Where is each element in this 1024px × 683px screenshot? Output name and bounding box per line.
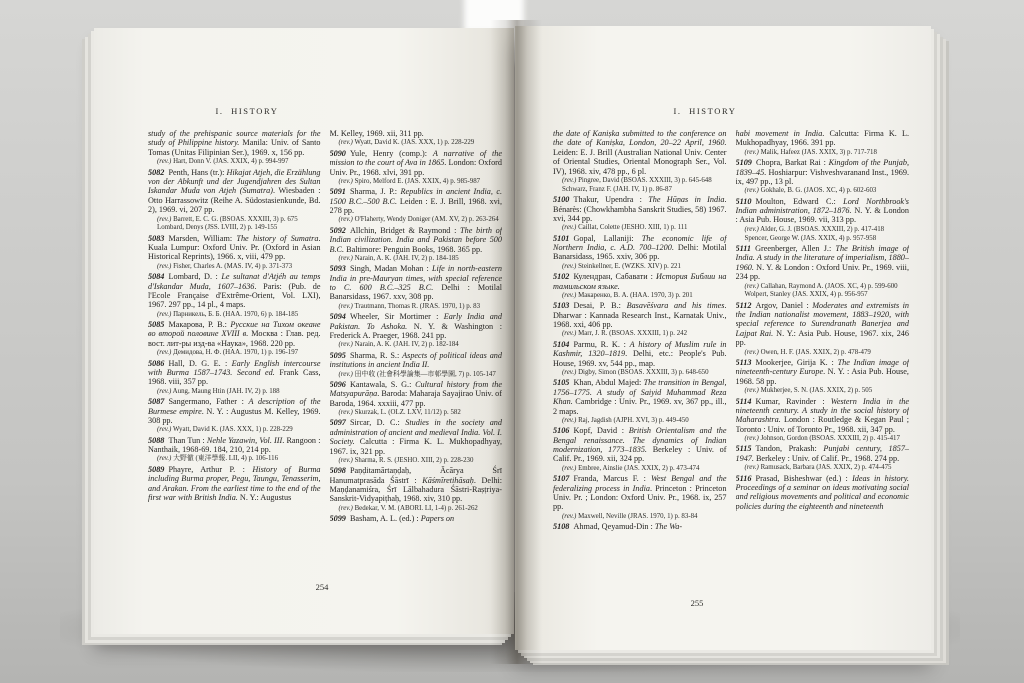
bib-entry-number: 5109: [736, 158, 752, 167]
book-gutter-shadow: [490, 20, 542, 664]
bib-review: (rev.) Gokhale, B. G. (JAOS. XC, 4) p. 6…: [736, 187, 910, 195]
bib-entry-number: 5105: [553, 378, 569, 387]
bib-entry: 5111 Greenberger, Allen J.: The British …: [736, 244, 910, 282]
book-page-left: I. HISTORY study of the prehispanic sour…: [94, 28, 514, 634]
bib-entry: 5083 Marsden, William: The history of Su…: [148, 234, 321, 262]
bib-entry: 5107 Franda, Marcus F. : West Bengal and…: [553, 474, 727, 512]
photo-background: I. HISTORY study of the prehispanic sour…: [0, 0, 1024, 683]
bib-entry: 5112 Argov, Daniel : Moderates and extre…: [736, 301, 910, 348]
bib-review: (rev.) Narain, A. K. (JAH. IV, 2) p. 184…: [330, 255, 503, 263]
bib-entry-number: 5102: [553, 272, 569, 281]
bib-review: (rev.) Bedekar, V. M. (ABORI. LI, 1-4) p…: [330, 505, 503, 513]
page-header: I. HISTORY: [70, 106, 424, 116]
bib-entry: 5101 Gopal, Lallaniji: The economic life…: [553, 234, 727, 262]
bib-entry: study of the prehispanic source material…: [148, 129, 321, 157]
bib-review: Wolpert, Stanley (JAS. XXIX, 4) p. 956-9…: [736, 291, 910, 299]
bib-entry-number: 5089: [148, 465, 164, 474]
bib-review: Spencer, George W. (JAS. XXIX, 4) p. 957…: [736, 235, 910, 243]
bib-entry-number: 5086: [148, 359, 164, 368]
bib-entry-number: 5097: [330, 418, 346, 427]
bib-review: (rev.) O'Flaherty, Wendy Doniger (AM. XV…: [330, 216, 503, 224]
bib-entry-number: 5083: [148, 234, 164, 243]
bib-review: (rev.) Owen, H. F. (JAS. XXIX, 2) p. 478…: [736, 349, 910, 357]
bib-entry: 5104 Parmu, R. K. : A history of Muslim …: [553, 340, 727, 368]
bib-entry-number: 5095: [330, 351, 346, 360]
page-header: I. HISTORY: [527, 106, 883, 116]
bib-entry-number: 5106: [553, 426, 569, 435]
bib-entry-number: 5098: [330, 466, 346, 475]
bib-entry-number: 5103: [553, 301, 569, 310]
bib-entry: 5097 Sircar, D. C.: Studies in the socie…: [330, 418, 503, 456]
bib-review: (rev.) Callahan, Raymond A. (JAOS. XC, 4…: [736, 283, 910, 291]
bib-entry: 5095 Sharma, R. S.: Aspects of political…: [330, 351, 503, 370]
bib-entry-number: 5100: [553, 195, 569, 204]
bib-entry-number: 5082: [148, 168, 164, 177]
bib-review: (rev.) Caillat, Colette (JESHO. XIII, 1)…: [553, 224, 727, 232]
bib-entry: 5092 Allchin, Bridget & Raymond : The bi…: [330, 226, 503, 254]
bib-entry: the date of Kaniṣka submitted to the con…: [553, 129, 727, 176]
bib-review: (rev.) 大野徹 (東洋學報. LII, 4) p. 106-116: [148, 455, 321, 463]
bib-entry: 5089 Phayre, Arthur P. : History of Burm…: [148, 465, 321, 503]
bib-review: (rev.) Johnson, Gordon (BSOAS. XXXIII, 2…: [736, 435, 910, 443]
bib-entry-number: 5110: [736, 197, 752, 206]
open-book: I. HISTORY study of the prehispanic sour…: [78, 20, 942, 664]
bib-entry: 5100 Thakur, Upendra : The Hūṇas in Indi…: [553, 195, 727, 223]
bib-entry: 5099 Basham, A. L. (ed.) : Papers on: [330, 514, 503, 523]
bib-entry-number: 5093: [330, 264, 346, 273]
bib-entry-number: 5099: [330, 514, 346, 523]
bib-entry: 5114 Kumar, Ravinder : Western India in …: [736, 397, 910, 435]
bib-entry: 5113 Mookerjee, Girija K. : The Indian i…: [736, 358, 910, 386]
bib-entry: 5088 Than Tun : Nehle Yazawin, Vol. III.…: [148, 436, 321, 455]
bib-entry-number: 5116: [736, 474, 752, 483]
bib-entry: 5087 Sangermano, Father : A description …: [148, 397, 321, 425]
bib-review: (rev.) Malik, Hafeez (JAS. XXIX, 3) p. 7…: [736, 149, 910, 157]
bib-entry: 5084 Lombard, D. : Le sultanat d'Atjéh a…: [148, 272, 321, 310]
bib-entry: 5108 Ahmad, Qeyamud-Din : The Wa-: [553, 522, 727, 531]
bib-column: habi movement in India. Calcutta: Firma …: [736, 129, 910, 591]
bib-entry-number: 5104: [553, 340, 569, 349]
bib-review: Lombard, Denys (JSS. LVIII, 2) p. 149-15…: [148, 224, 321, 232]
bib-entry-number: 5087: [148, 397, 164, 406]
page-number: 255: [489, 598, 905, 608]
bib-entry: 5085 Макарова, Р. В.: Русские на Тихом о…: [148, 320, 321, 348]
bib-review: (rev.) Wyatt, David K. (JAS. XXX, 1) p. …: [148, 426, 321, 434]
bib-entry-number: 5114: [736, 397, 752, 406]
bib-review: (rev.) Макаренко, В. А. (НАА. 1970, 3) p…: [553, 292, 727, 300]
bib-review: (rev.) Skurzak, L. (OLZ. LXV, 11/12) p. …: [330, 409, 503, 417]
bib-review: (rev.) Ramusack, Barbara (JAS. XXIX, 2) …: [736, 464, 910, 472]
bib-review: (rev.) Digby, Simon (BSOAS. XXXIII, 3) p…: [553, 369, 727, 377]
bib-entry-number: 5090: [330, 149, 346, 158]
bib-column: study of the prehispanic source material…: [148, 129, 321, 591]
bib-review: (rev.) Демидова, Н. Ф. (НАА. 1970, 1) p.…: [148, 349, 321, 357]
bib-review: (rev.) Mukherjee, S. N. (JAS. XXIX, 2) p…: [736, 387, 910, 395]
bib-review: (rev.) Hart, Donn V. (JAS. XXIX, 4) p. 9…: [148, 158, 321, 166]
bib-review: (rev.) Steinkellner, E. (WZKS. XIV) p. 2…: [553, 263, 727, 271]
bib-entry-number: 5091: [330, 187, 346, 196]
bib-review: (rev.) Парникель, Б. Б. (НАА. 1970, 6) p…: [148, 311, 321, 319]
bib-entry: 5098 Paṇḍitamārtaṇḍaḥ, Ācārya Śrī Hanuma…: [330, 466, 503, 504]
book-page-right: I. HISTORY the date of Kaniṣka submitted…: [515, 26, 931, 650]
bib-review: (rev.) Narain, A. K. (JAH. IV, 2) p. 182…: [330, 341, 503, 349]
bib-entry-number: 5096: [330, 380, 346, 389]
bib-entry: 5091 Sharma, J. P.: Republics in ancient…: [330, 187, 503, 215]
bib-entry-number: 5111: [736, 244, 751, 253]
bib-entry-number: 5094: [330, 312, 346, 321]
bib-entry: 5110 Moulton, Edward C.: Lord Northbrook…: [736, 197, 910, 225]
bib-review: (rev.) Barrett, E. C. G. (BSOAS. XXXIII,…: [148, 216, 321, 224]
bib-entry: 5115 Tandon, Prakash: Punjabi century, 1…: [736, 444, 910, 463]
bib-review: Schwarz, Franz F. (JAH. IV, 1) p. 86-87: [553, 186, 727, 194]
bib-entry-number: 5084: [148, 272, 164, 281]
bib-entry: 5116 Prasad, Bisheshwar (ed.) : Ideas in…: [736, 474, 910, 512]
bib-review: (rev.) Spiro, Melford E. (JAS. XXIX, 4) …: [330, 178, 503, 186]
bib-review: (rev.) Raj, Jagdish (AJPH. XVI, 3) p. 44…: [553, 417, 727, 425]
bib-entry-number: 5101: [553, 234, 569, 243]
bib-entry: 5086 Hall, D. G. E. : Early English inte…: [148, 359, 321, 387]
bib-review: (rev.) Fisher, Charles A. (MAS. IV, 4) p…: [148, 263, 321, 271]
bib-review: (rev.) Alder, G. J. (BSOAS. XXXIII, 2) p…: [736, 226, 910, 234]
bib-entry-number: 5108: [553, 522, 569, 531]
bib-entry-number: 5115: [736, 444, 752, 453]
bib-entry: 5094 Wheeler, Sir Mortimer : Early India…: [330, 312, 503, 340]
bib-review: (rev.) Trautmann, Thomas R. (JRAS. 1970,…: [330, 303, 503, 311]
bib-entry: 5093 Singh, Madan Mohan : Life in north-…: [330, 264, 503, 302]
bib-column: the date of Kaniṣka submitted to the con…: [553, 129, 727, 591]
bib-entry: 5106 Kopf, David : British Orientalism a…: [553, 426, 727, 464]
bib-entry: 5082 Penth, Hans (tr.): Hikajat Atjeh, d…: [148, 168, 321, 215]
bib-entry: 5096 Kantawala, S. G.: Cultural history …: [330, 380, 503, 408]
text-columns: study of the prehispanic source material…: [148, 129, 502, 591]
bib-review: (rev.) Maxwell, Neville (JRAS. 1970, 1) …: [553, 513, 727, 521]
bib-review: (rev.) Embree, Ainslie (JAS. XXIX, 2) p.…: [553, 465, 727, 473]
bib-review: (rev.) Sharma, R. S. (JESHO. XIII, 2) p.…: [330, 457, 503, 465]
bib-entry: 5109 Chopra, Barkat Rai : Kingdom of the…: [736, 158, 910, 186]
bib-entry-number: 5113: [736, 358, 752, 367]
bib-entry-number: 5085: [148, 320, 164, 329]
bib-entry-number: 5088: [148, 436, 164, 445]
text-columns: the date of Kaniṣka submitted to the con…: [553, 129, 909, 591]
bib-entry: 5105 Khan, Abdul Majed: The transition i…: [553, 378, 727, 416]
bib-entry: M. Kelley, 1969. xii, 311 pp.: [330, 129, 503, 138]
bib-entry: 5103 Desai, P. B.: Basavēśvara and his t…: [553, 301, 727, 329]
bib-review: (rev.) Aung, Maung Htin (JAH. IV, 2) p. …: [148, 388, 321, 396]
page-number: 254: [112, 582, 532, 592]
bib-entry: 5090 Yule, Henry (comp.): A narrative of…: [330, 149, 503, 177]
bib-entry-number: 5092: [330, 226, 346, 235]
bib-review: (rev.) Wyatt, David K. (JAS. XXX, 1) p. …: [330, 139, 503, 147]
bib-column: M. Kelley, 1969. xii, 311 pp.(rev.) Wyat…: [330, 129, 503, 591]
bib-entry-number: 5107: [553, 474, 569, 483]
bib-entry: habi movement in India. Calcutta: Firma …: [736, 129, 910, 148]
bib-review: (rev.) Pingree, David (BSOAS. XXXIII, 3)…: [553, 177, 727, 185]
bib-entry-number: 5112: [736, 301, 752, 310]
bib-entry: 5102 Кулендран, Сабавати : История Библи…: [553, 272, 727, 291]
bib-review: (rev.) Marr, J. R. (BSOAS. XXXIII, 1) p.…: [553, 330, 727, 338]
bib-review: (rev.) 田中收 (社會科學論集—市邨學園, 7) p. 105-147: [330, 371, 503, 379]
